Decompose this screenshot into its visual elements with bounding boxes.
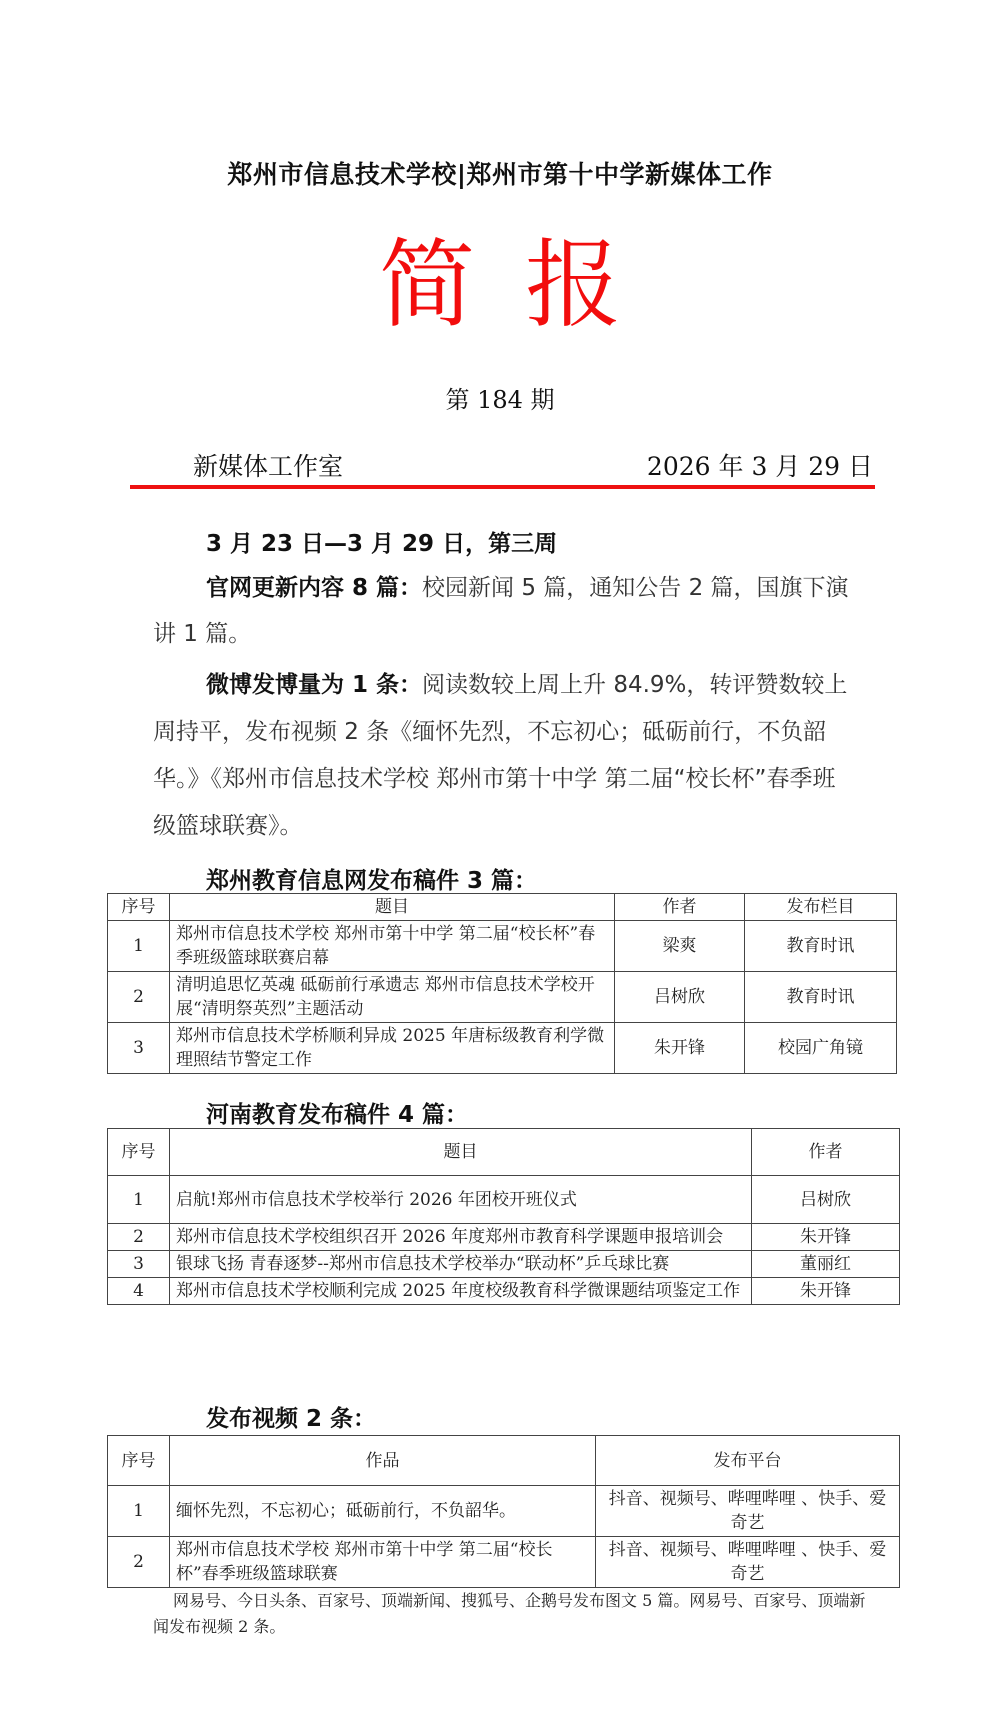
col-title: 题目 <box>170 1129 752 1176</box>
table-row: 1 启航!郑州市信息技术学校举行 2026 年团校开班仪式 吕树欣 <box>108 1176 900 1224</box>
col-no: 序号 <box>108 1129 170 1176</box>
zz-edu-table: 序号 题目 作者 发布栏目 1 郑州市信息技术学校 郑州市第十中学 第二届“校长… <box>107 893 897 1074</box>
website-label: 官网更新内容 8 篇： <box>206 575 422 601</box>
table-row: 3 郑州市信息技术学桥顺利异成 2025 年唐标级教育利学微理照结节警定工作 朱… <box>108 1023 897 1074</box>
row-no: 2 <box>108 972 170 1023</box>
table-row: 1 缅怀先烈，不忘初心；砥砺前行，不负韶华。 抖音、视频号、哔哩哔哩 、快手、爱… <box>108 1486 900 1537</box>
row-author: 吕树欣 <box>752 1176 900 1224</box>
weibo-label: 微博发博量为 1 条： <box>206 672 422 698</box>
publish-date: 2026 年 3 月 29 日 <box>647 447 873 483</box>
row-no: 3 <box>108 1023 170 1074</box>
col-author: 作者 <box>752 1129 900 1176</box>
row-work: 缅怀先烈，不忘初心；砥砺前行，不负韶华。 <box>170 1486 596 1537</box>
col-title: 题目 <box>170 894 615 921</box>
table-row: 3 银球飞扬 青春逐梦--郑州市信息技术学校举办“联动杯”乒乓球比赛 董丽红 <box>108 1251 900 1278</box>
row-title: 郑州市信息技术学桥顺利异成 2025 年唐标级教育利学微理照结节警定工作 <box>170 1023 615 1074</box>
row-title: 郑州市信息技术学校顺利完成 2025 年度校级教育科学微课题结项鉴定工作 <box>170 1278 752 1305</box>
row-author: 朱开锋 <box>615 1023 745 1074</box>
row-no: 2 <box>108 1537 170 1588</box>
office-name: 新媒体工作室 <box>193 447 343 483</box>
henan-edu-title: 河南教育发布稿件 4 篇： <box>206 1096 468 1129</box>
row-platform: 抖音、视频号、哔哩哔哩 、快手、爱奇艺 <box>596 1486 900 1537</box>
row-author: 董丽红 <box>752 1251 900 1278</box>
table-header: 序号 题目 作者 <box>108 1129 900 1176</box>
row-author: 梁爽 <box>615 921 745 972</box>
zz-edu-title: 郑州教育信息网发布稿件 3 篇： <box>206 862 537 895</box>
row-column: 教育时讯 <box>745 921 897 972</box>
table-row: 2 郑州市信息技术学校组织召开 2026 年度郑州市教育科学课题申报培训会 朱开… <box>108 1224 900 1251</box>
videos-table: 序号 作品 发布平台 1 缅怀先烈，不忘初心；砥砺前行，不负韶华。 抖音、视频号… <box>107 1435 900 1588</box>
row-no: 1 <box>108 921 170 972</box>
row-no: 4 <box>108 1278 170 1305</box>
videos-title: 发布视频 2 条： <box>206 1400 376 1433</box>
row-column: 教育时讯 <box>745 972 897 1023</box>
website-summary: 官网更新内容 8 篇：校园新闻 5 篇，通知公告 2 篇，国旗下演讲 1 篇。 <box>153 565 858 657</box>
col-no: 序号 <box>108 894 170 921</box>
issue-number: 第 184 期 <box>0 380 1000 415</box>
row-author: 朱开锋 <box>752 1278 900 1305</box>
row-platform: 抖音、视频号、哔哩哔哩 、快手、爱奇艺 <box>596 1537 900 1588</box>
row-column: 校园广角镜 <box>745 1023 897 1074</box>
table-row: 4 郑州市信息技术学校顺利完成 2025 年度校级教育科学微课题结项鉴定工作 朱… <box>108 1278 900 1305</box>
col-platform: 发布平台 <box>596 1436 900 1486</box>
row-author: 吕树欣 <box>615 972 745 1023</box>
weibo-summary: 微博发博量为 1 条：阅读数较上周上升 84.9%，转评赞数较上周持平，发布视频… <box>153 662 858 850</box>
row-author: 朱开锋 <box>752 1224 900 1251</box>
row-work: 郑州市信息技术学校 郑州市第十中学 第二届“校长杯”春季班级篮球联赛 <box>170 1537 596 1588</box>
henan-edu-table: 序号 题目 作者 1 启航!郑州市信息技术学校举行 2026 年团校开班仪式 吕… <box>107 1128 900 1305</box>
row-no: 2 <box>108 1224 170 1251</box>
row-title: 郑州市信息技术学校组织召开 2026 年度郑州市教育科学课题申报培训会 <box>170 1224 752 1251</box>
table-row: 2 清明追思忆英魂 砥砺前行承遗志 郑州市信息技术学校开展“清明祭英烈”主题活动… <box>108 972 897 1023</box>
row-no: 1 <box>108 1176 170 1224</box>
table-row: 1 郑州市信息技术学校 郑州市第十中学 第二届“校长杯”春季班级篮球联赛启幕 梁… <box>108 921 897 972</box>
table-header: 序号 作品 发布平台 <box>108 1436 900 1486</box>
col-no: 序号 <box>108 1436 170 1486</box>
org-title: 郑州市信息技术学校|郑州市第十中学新媒体工作 <box>0 155 1000 191</box>
week-range: 3 月 23 日—3 月 29 日，第三周 <box>206 525 557 558</box>
row-title: 清明追思忆英魂 砥砺前行承遗志 郑州市信息技术学校开展“清明祭英烈”主题活动 <box>170 972 615 1023</box>
table-row: 2 郑州市信息技术学校 郑州市第十中学 第二届“校长杯”春季班级篮球联赛 抖音、… <box>108 1537 900 1588</box>
row-no: 1 <box>108 1486 170 1537</box>
main-title: 简报 <box>0 230 1000 340</box>
col-work: 作品 <box>170 1436 596 1486</box>
col-column: 发布栏目 <box>745 894 897 921</box>
row-title: 郑州市信息技术学校 郑州市第十中学 第二届“校长杯”春季班级篮球联赛启幕 <box>170 921 615 972</box>
table-header: 序号 题目 作者 发布栏目 <box>108 894 897 921</box>
red-divider <box>130 485 875 489</box>
row-title: 启航!郑州市信息技术学校举行 2026 年团校开班仪式 <box>170 1176 752 1224</box>
col-author: 作者 <box>615 894 745 921</box>
footer-note: 网易号、今日头条、百家号、顶端新闻、搜狐号、企鹅号发布图文 5 篇。网易号、百家… <box>153 1588 873 1640</box>
row-title: 银球飞扬 青春逐梦--郑州市信息技术学校举办“联动杯”乒乓球比赛 <box>170 1251 752 1278</box>
row-no: 3 <box>108 1251 170 1278</box>
